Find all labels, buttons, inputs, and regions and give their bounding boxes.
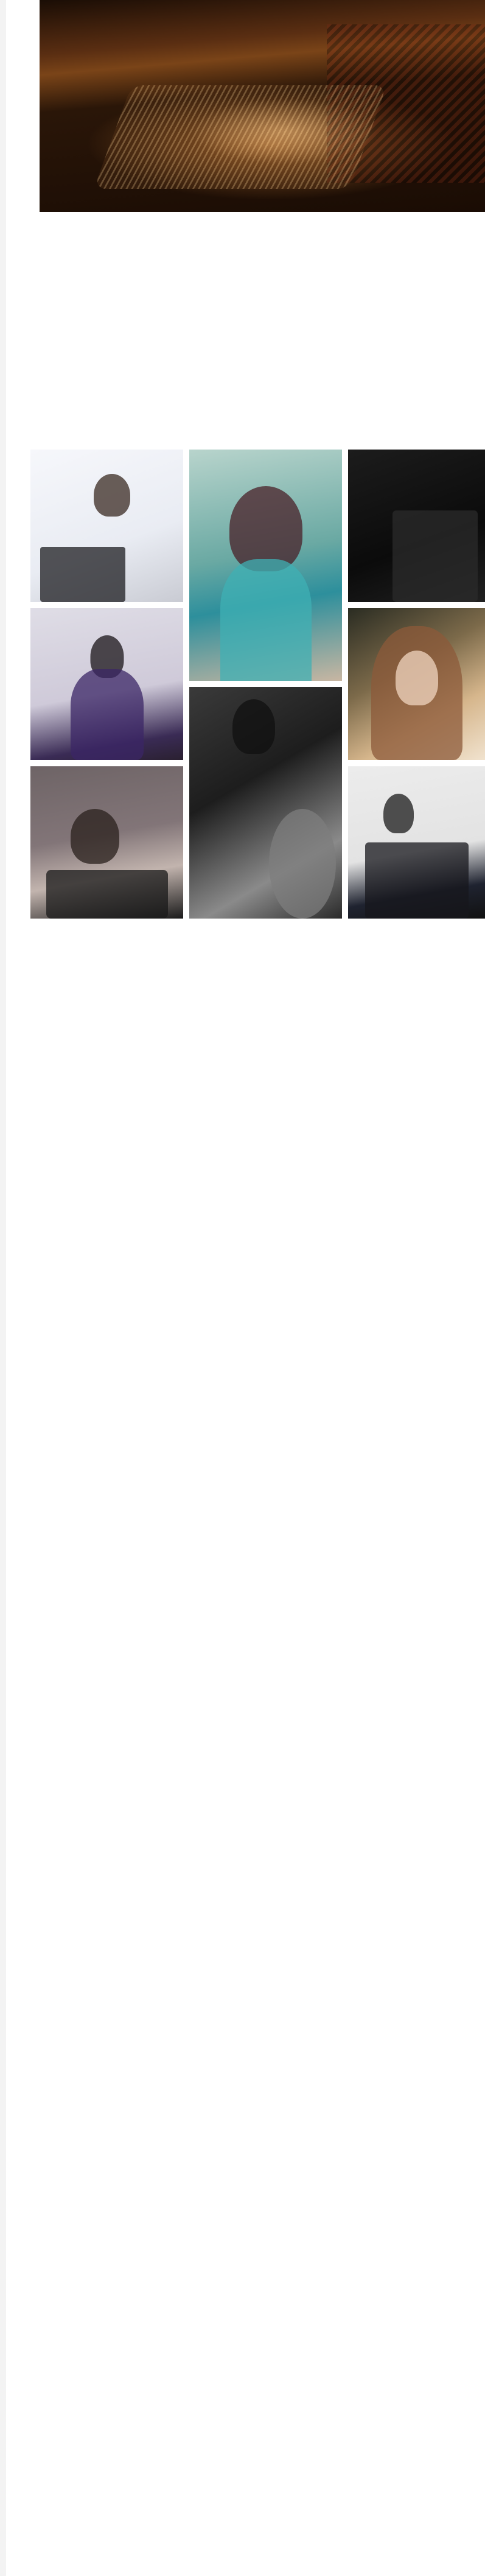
- banner-image: [40, 0, 485, 212]
- sat-photo-2: [189, 450, 342, 681]
- sat-photo-4: [30, 608, 183, 760]
- sat-photo-1: [30, 450, 183, 602]
- sat-photo-6: [348, 608, 485, 760]
- banner-stage-decoration: [94, 85, 387, 189]
- sat-photo-3: [348, 450, 485, 602]
- sat-photo-5: [189, 687, 342, 919]
- sat-photo-7: [30, 766, 183, 919]
- left-gutter: [0, 0, 6, 2576]
- sat-photo-8: [348, 766, 485, 919]
